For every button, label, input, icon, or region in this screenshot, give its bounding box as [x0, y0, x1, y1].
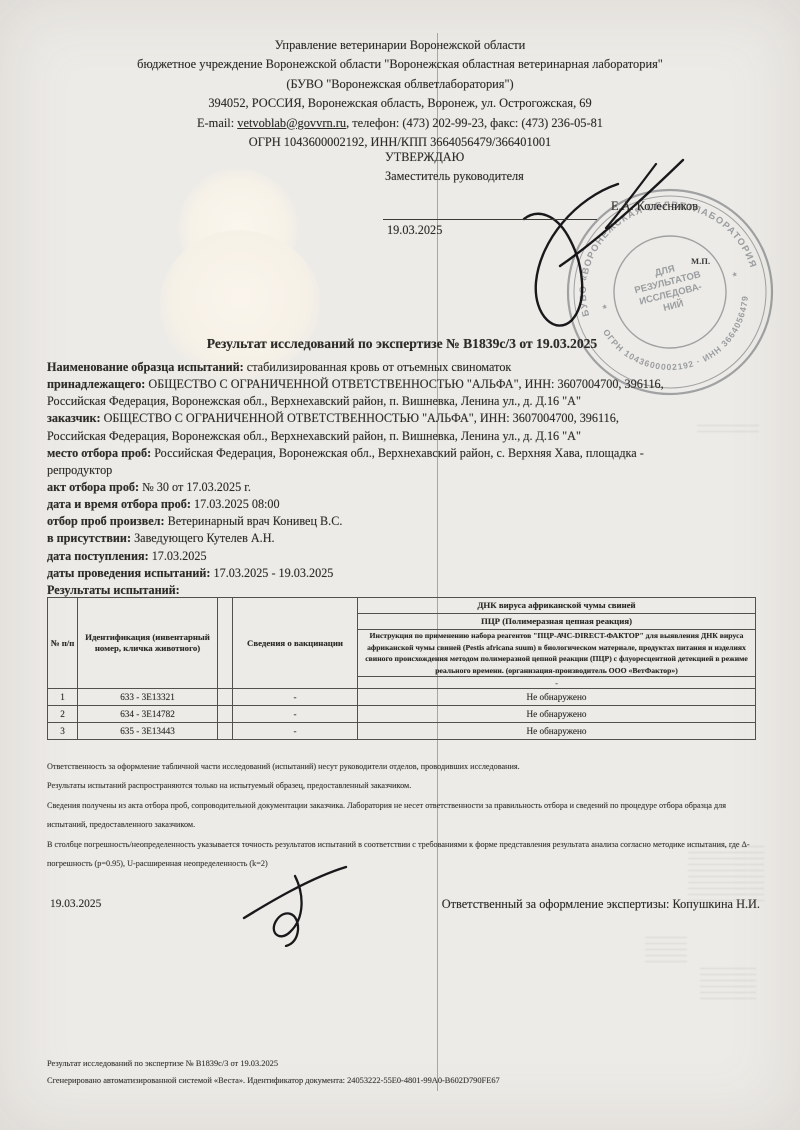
- stamp-star-icon: *: [732, 270, 740, 283]
- info-line: Российская Федерация, Воронежская обл., …: [47, 393, 761, 410]
- result-header-analyte: ДНК вируса африканской чумы свиней: [358, 598, 756, 614]
- info-line: место отбора проб: Российская Федерация,…: [47, 445, 761, 462]
- row-num: 1: [48, 689, 78, 706]
- result-header-instruction: Инструкция по применению набора реагенто…: [358, 630, 756, 677]
- org-line-institution: бюджетное учреждение Воронежской области…: [40, 55, 760, 74]
- org-line-short-name: (БУВО "Воронежская облветлаборатория"): [40, 75, 760, 94]
- row-gap: [218, 706, 233, 723]
- mp-seal-mark: М.П.: [691, 256, 710, 266]
- row-id: 633 - 3Е13321: [78, 689, 218, 706]
- info-line: принадлежащего: ОБЩЕСТВО С ОГРАНИЧЕННОЙ …: [47, 376, 761, 393]
- row-id: 634 - 3Е14782: [78, 706, 218, 723]
- signoff-date: 19.03.2025: [50, 898, 101, 910]
- email-label: E-mail:: [197, 116, 234, 130]
- approval-date: 19.03.2025: [387, 223, 442, 238]
- approve-heading: УТВЕРЖДАЮ: [385, 150, 464, 165]
- col-header-num: № п/п: [48, 598, 78, 689]
- info-line: отбор проб произвел: Ветеринарный врач К…: [47, 513, 761, 530]
- table-header-row: № п/п Идентификация (инвентарный номер, …: [48, 598, 756, 614]
- row-result: Не обнаружено: [358, 706, 756, 723]
- info-line: дата и время отбора проб: 17.03.2025 08:…: [47, 496, 761, 513]
- executor-signature-ink: [238, 862, 353, 947]
- row-vaccination: -: [233, 706, 358, 723]
- row-gap: [218, 723, 233, 740]
- col-header-vaccination: Сведения о вакцинации: [233, 598, 358, 689]
- approver-position: Заместитель руководителя: [385, 169, 524, 184]
- note-line: Результаты испытаний распространяются то…: [47, 776, 760, 795]
- row-result: Не обнаружено: [358, 723, 756, 740]
- note-line: Сведения получены из акта отбора проб, с…: [47, 796, 760, 835]
- footer-expertise-line: Результат исследований по экспертизе № В…: [47, 1055, 760, 1072]
- scanned-document-page: БУВО «ВОРОНЕЖСКАЯ ОБЛВЕТЛАБОРАТОРИЯ» ОГР…: [0, 0, 800, 1130]
- org-header: Управление ветеринарии Воронежской облас…: [40, 36, 760, 152]
- org-line-contacts: E-mail: vetvoblab@govvrn.ru, телефон: (4…: [40, 114, 760, 133]
- approver-name: Е.А. Колесников: [611, 199, 698, 214]
- result-header-method: ПЦР (Полимеразная цепная реакция): [358, 614, 756, 630]
- row-num: 3: [48, 723, 78, 740]
- bleed-through-smudge: [645, 936, 687, 962]
- table-row: 1 633 - 3Е13321 - Не обнаружено: [48, 689, 756, 706]
- responsible-person-label: Ответственный за оформление экспертизы: …: [388, 897, 760, 912]
- info-line: Наименование образца испытаний: стабилиз…: [47, 359, 761, 376]
- signature-line: [383, 219, 597, 220]
- paper-light-blob: [160, 230, 320, 380]
- col-header-gap: [218, 598, 233, 689]
- row-result: Не обнаружено: [358, 689, 756, 706]
- info-line: заказчик: ОБЩЕСТВО С ОГРАНИЧЕННОЙ ОТВЕТС…: [47, 410, 761, 427]
- org-line-authority: Управление ветеринарии Воронежской облас…: [40, 36, 760, 55]
- email-link[interactable]: vetvoblab@govvrn.ru: [237, 116, 346, 130]
- phone-fax-text: , телефон: (473) 202-99-23, факс: (473) …: [346, 116, 603, 130]
- footer-vesta-line: Сгенерировано автоматизированной системо…: [47, 1072, 760, 1089]
- info-line: репродуктор: [47, 462, 761, 479]
- info-line: дата поступления: 17.03.2025: [47, 548, 761, 565]
- row-vaccination: -: [233, 723, 358, 740]
- table-row: 2 634 - 3Е14782 - Не обнаружено: [48, 706, 756, 723]
- info-line: в присутствии: Заведующего Кутелев А.Н.: [47, 530, 761, 547]
- document-footer: Результат исследований по экспертизе № В…: [47, 1055, 760, 1090]
- spacer-dash: -: [358, 677, 756, 689]
- row-id: 635 - 3Е13443: [78, 723, 218, 740]
- disclaimer-notes: Ответственность за оформление табличной …: [47, 757, 760, 873]
- row-gap: [218, 689, 233, 706]
- note-line: Ответственность за оформление табличной …: [47, 757, 760, 776]
- bleed-through-smudge: [700, 963, 756, 999]
- sample-info-block: Наименование образца испытаний: стабилиз…: [47, 359, 761, 599]
- table-row: 3 635 - 3Е13443 - Не обнаружено: [48, 723, 756, 740]
- note-line: В столбце погрешность/неопределенность у…: [47, 835, 760, 874]
- col-header-identification: Идентификация (инвентарный номер, кличка…: [78, 598, 218, 689]
- org-line-address: 394052, РОССИЯ, Воронежская область, Вор…: [40, 94, 760, 113]
- paper-light-blob: [178, 168, 298, 288]
- row-num: 2: [48, 706, 78, 723]
- info-line: даты проведения испытаний: 17.03.2025 - …: [47, 565, 761, 582]
- info-line: акт отбора проб: № 30 от 17.03.2025 г.: [47, 479, 761, 496]
- results-table: № п/п Идентификация (инвентарный номер, …: [47, 597, 756, 740]
- document-title: Результат исследований по экспертизе № В…: [40, 336, 764, 352]
- info-line: Российская Федерация, Воронежская обл., …: [47, 428, 761, 445]
- row-vaccination: -: [233, 689, 358, 706]
